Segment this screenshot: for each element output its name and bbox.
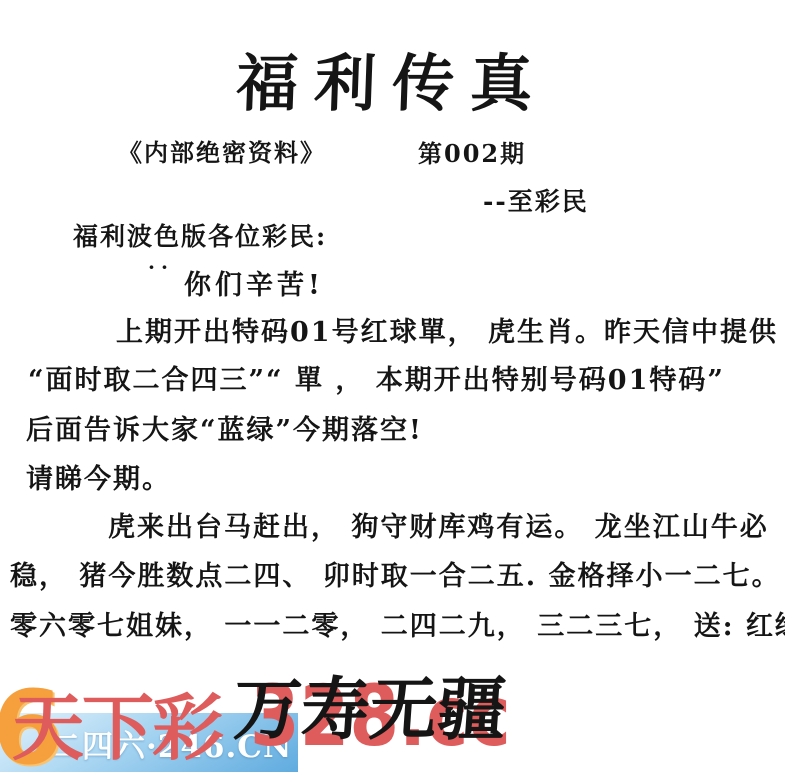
body-line: 请睇今期。: [26, 457, 171, 496]
body-line: 上期开出特码01号红球單， 虎生肖。昨天信中提供: [116, 310, 778, 349]
body-line: “面时取二合四三”“ 單 ， 本期开出特别号码01特码”: [28, 358, 725, 397]
body-line: 零六零七姐妹， 一一二零， 二四二九， 三二三七， 送: 红绿: [10, 604, 785, 643]
classification-label: 《内部绝密资料》: [118, 133, 326, 168]
closing-calligraphy: 万寿无疆: [231, 656, 510, 753]
body-line: 后面告诉大家“蓝绿”今期落空!: [26, 408, 423, 447]
body-line: 稳， 猪今胜数点二四、 卯时取一合二五. 金格择小一二七。: [10, 554, 781, 593]
watermark-brand-left: 天下彩: [12, 670, 222, 772]
fax-document-page: 福利传真 《内部绝密资料》 第002期 --至彩民 福利波色版各位彩民: ·· …: [0, 0, 785, 772]
page-title: 福利传真: [0, 34, 785, 123]
dedication-line: --至彩民: [483, 182, 589, 218]
opening-line: 你们辛苦!: [184, 263, 324, 302]
body-line: 虎来出台马赶出， 狗守财库鸡有运。 龙坐江山牛必: [108, 505, 769, 544]
salutation-line: 福利波色版各位彩民:: [73, 217, 327, 253]
issue-number: 第002期: [418, 134, 526, 169]
ellipsis-dots: ··: [148, 255, 174, 279]
